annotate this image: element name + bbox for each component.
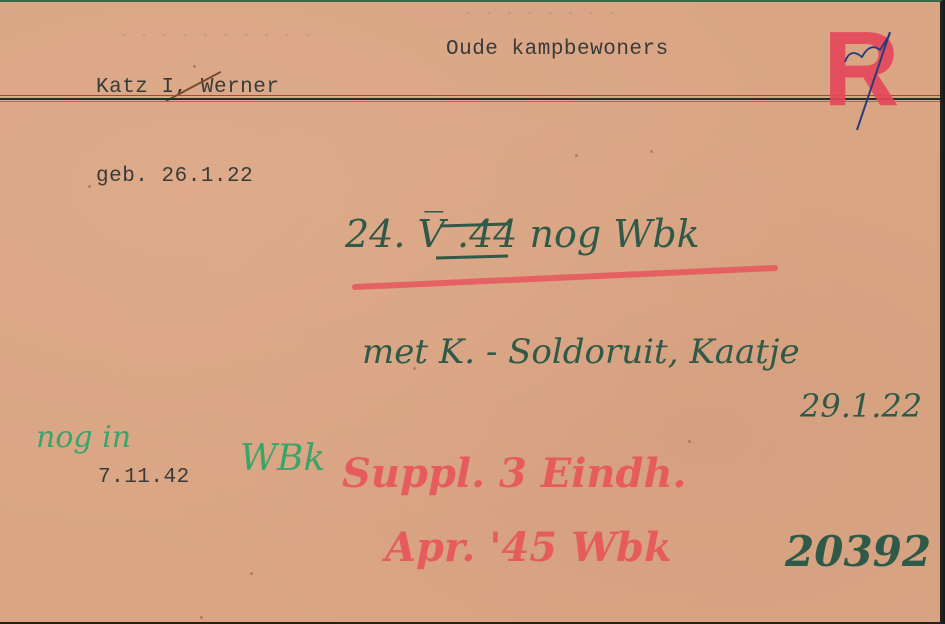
red-underline — [355, 268, 775, 287]
roman-numeral-underline — [436, 256, 508, 258]
roman-numeral-overline — [440, 224, 508, 226]
blue-initials-scribble — [845, 34, 890, 62]
pencil-marks-overlay — [0, 2, 940, 622]
archive-index-card: - - - - - - - - - - - - - - - - - - Oude… — [0, 0, 943, 624]
